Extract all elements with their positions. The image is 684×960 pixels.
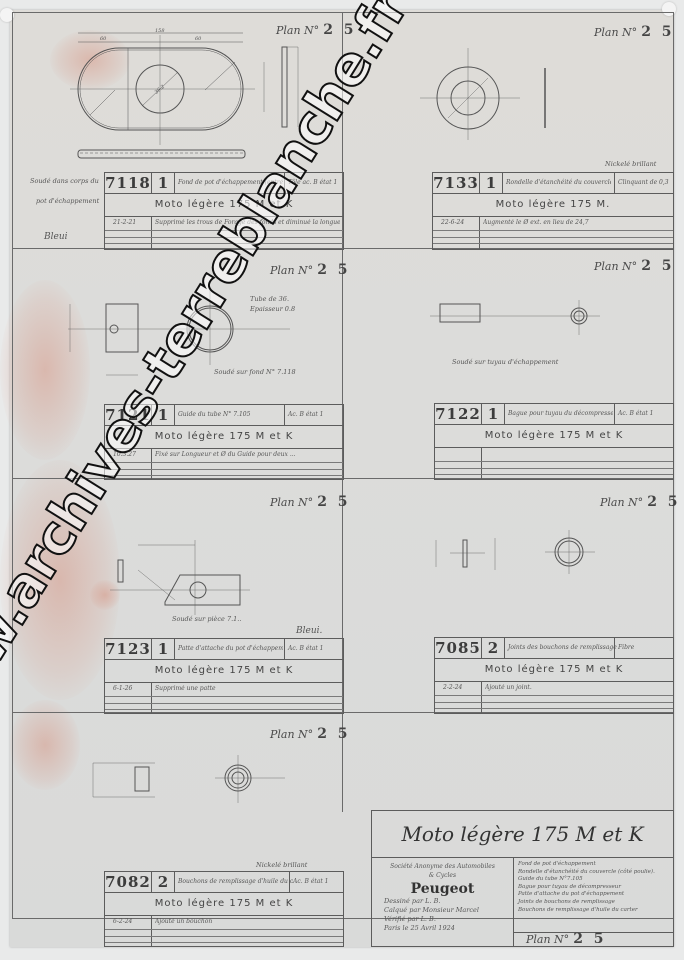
material: Ac. B état 1 bbox=[284, 405, 343, 425]
svg-text:60: 60 bbox=[100, 36, 107, 42]
part-number: 7122 bbox=[435, 404, 482, 424]
plan-label: Plan N°2 5 bbox=[594, 24, 675, 40]
part-number: 7121 bbox=[105, 405, 152, 425]
company-block: Société Anonyme des Automobiles & Cycles… bbox=[372, 858, 514, 946]
parts-list-item: Guide du tube N°7.105 bbox=[518, 876, 669, 884]
plan-label: Plan N°2 5 bbox=[276, 22, 357, 38]
quantity: 2 bbox=[152, 872, 175, 892]
company-name: Société Anonyme des Automobiles & Cycles bbox=[372, 862, 513, 880]
title-block: Moto légère 175 M et K Société Anonyme d… bbox=[371, 810, 674, 947]
material: Fibre bbox=[614, 638, 673, 658]
revision-text: Augmenté le Ø ext. en lieu de 24,7 bbox=[483, 219, 668, 226]
bouchon-drawing bbox=[85, 755, 295, 825]
quantity: 1 bbox=[480, 173, 503, 193]
note: Soudé sur pièce 7.1.. bbox=[172, 615, 241, 623]
description: Patte d'attache du pot d'échappement bbox=[175, 639, 283, 659]
guide-tube-drawing bbox=[60, 290, 260, 380]
material: Ac. B état 1 bbox=[284, 639, 343, 659]
revision-text: Fixé sur Longueur et Ø du Guide pour deu… bbox=[155, 451, 340, 458]
part-table-7121: 7121 1 Guide du tube N° 7.105 Ac. B état… bbox=[104, 404, 344, 480]
plan-label: Plan N°2 5 bbox=[270, 494, 351, 510]
plan-label: Plan N°2 5 bbox=[594, 258, 675, 274]
model: Moto légère 175 M et K bbox=[435, 425, 673, 447]
parts-list-item: Rondelle d'étanchéité du couvercle (côté… bbox=[518, 869, 669, 877]
revision-date: 6-2-24 bbox=[113, 918, 132, 925]
description: Fond de pot d'échappement (entrée) bbox=[175, 173, 283, 193]
note: pot d'échappement bbox=[36, 197, 99, 205]
model: Moto légère 175 M et K bbox=[105, 893, 343, 915]
revision-date: 10.3.27 bbox=[113, 451, 136, 458]
quantity: 1 bbox=[482, 404, 505, 424]
quantity: 1 bbox=[152, 173, 175, 193]
brand-logo: Peugeot bbox=[372, 881, 513, 897]
quantity: 2 bbox=[482, 638, 505, 658]
note: Soudé dans corps du bbox=[30, 177, 99, 185]
plan-label: Plan N°2 5 bbox=[526, 931, 607, 947]
material: Tôle ac. B état 1 bbox=[284, 173, 343, 193]
rondelle-drawing bbox=[420, 48, 580, 143]
note: Tube de 36. bbox=[250, 295, 289, 303]
material: Clinquant de 0,3 bbox=[614, 173, 673, 193]
checked-by: Vérifié par L. B. bbox=[372, 915, 513, 924]
description: Bouchons de remplissage d'huile du carte… bbox=[175, 872, 293, 892]
revision-text: Supprimé les trous de Forage des fonds e… bbox=[155, 219, 340, 226]
parts-list-item: Patte d'attache du pot d'échappement bbox=[518, 891, 669, 899]
material: Ac. B état 1 bbox=[614, 404, 673, 424]
traced-by: Calqué par Monsieur Marcel bbox=[372, 906, 513, 915]
part-table-7118: 7118 1 Fond de pot d'échappement (entrée… bbox=[104, 172, 344, 250]
revision-date: 22-6-24 bbox=[441, 219, 464, 226]
finish-note: Bleui. bbox=[296, 626, 322, 636]
patte-drawing bbox=[110, 520, 250, 600]
part-table-7082: 7082 2 Bouchons de remplissage d'huile d… bbox=[104, 871, 344, 947]
model: Moto légère 175 M. bbox=[433, 194, 673, 216]
note: Soudé sur fond N° 7.118 bbox=[214, 368, 296, 376]
description: Joints des bouchons de remplissage bbox=[505, 638, 623, 658]
plan-number-box: Plan N°2 5 bbox=[514, 927, 673, 946]
svg-text:158: 158 bbox=[155, 28, 165, 34]
revision-date: 21-2-21 bbox=[113, 219, 136, 226]
note: Soudé sur tuyau d'échappement bbox=[452, 358, 558, 366]
description: Guide du tube N° 7.105 bbox=[175, 405, 283, 425]
joint-drawing bbox=[430, 530, 600, 590]
part-table-7133: 7133 1 Rondelle d'étanchéité du couvercl… bbox=[432, 172, 674, 250]
model: Moto légère 175 M et K bbox=[105, 660, 343, 682]
note: Epaisseur 0.8 bbox=[250, 305, 295, 313]
model: Moto légère 175 M et K bbox=[105, 194, 343, 216]
part-table-7122: 7122 1 Bague pour tuyau du décompresseur… bbox=[434, 403, 674, 480]
drawing-date: Paris le 25 Avril 1924 bbox=[372, 924, 513, 933]
drawn-by: Dessiné par L. B. bbox=[372, 897, 513, 906]
quantity: 1 bbox=[152, 405, 175, 425]
part-table-7123: 7123 1 Patte d'attache du pot d'échappem… bbox=[104, 638, 344, 714]
plan-label: Plan N°2 5 bbox=[600, 494, 681, 510]
fond-pot-drawing: 1586060 36.2 bbox=[70, 30, 270, 170]
revision-date: 6-1-26 bbox=[113, 685, 132, 692]
description: Bague pour tuyau du décompresseur bbox=[505, 404, 613, 424]
parts-list: Fond de pot d'échappement Rondelle d'éta… bbox=[514, 858, 673, 933]
finish-note: Nickelé brillant bbox=[256, 861, 307, 869]
model: Moto légère 175 M et K bbox=[435, 659, 673, 681]
part-number: 7118 bbox=[105, 173, 152, 193]
material: Ac. B état 1 bbox=[289, 872, 343, 892]
part-number: 7082 bbox=[105, 872, 152, 892]
revision-date: 2-2-24 bbox=[443, 684, 462, 691]
parts-list-item: Fond de pot d'échappement bbox=[518, 861, 669, 869]
part-number: 7123 bbox=[105, 639, 152, 659]
finish-note: Nickelé brillant bbox=[605, 160, 656, 168]
finish-note: Bleui bbox=[44, 232, 68, 242]
plan-label: Plan N°2 5 bbox=[270, 262, 351, 278]
plan-label: Plan N°2 5 bbox=[270, 726, 351, 742]
drawing-title: Moto légère 175 M et K bbox=[372, 811, 673, 858]
part-number: 7085 bbox=[435, 638, 482, 658]
description: Rondelle d'étanchéité du couvercle de dé… bbox=[503, 173, 611, 193]
quantity: 1 bbox=[152, 639, 175, 659]
model: Moto légère 175 M et K bbox=[105, 426, 343, 448]
revision-text: Supprimé une patte bbox=[155, 685, 340, 692]
revision-text: Ajouté un bouchon bbox=[155, 918, 340, 925]
fond-pot-side-view bbox=[262, 40, 302, 150]
svg-text:60: 60 bbox=[195, 36, 202, 42]
parts-list-item: Bouchons de remplissage d'huile du carte… bbox=[518, 907, 669, 915]
part-table-7085: 7085 2 Joints des bouchons de remplissag… bbox=[434, 637, 674, 714]
bague-drawing bbox=[430, 290, 630, 350]
parts-list-item: Joints de bouchons de remplissage bbox=[518, 899, 669, 907]
revision-text: Ajouté un joint. bbox=[485, 684, 670, 691]
part-number: 7133 bbox=[433, 173, 480, 193]
